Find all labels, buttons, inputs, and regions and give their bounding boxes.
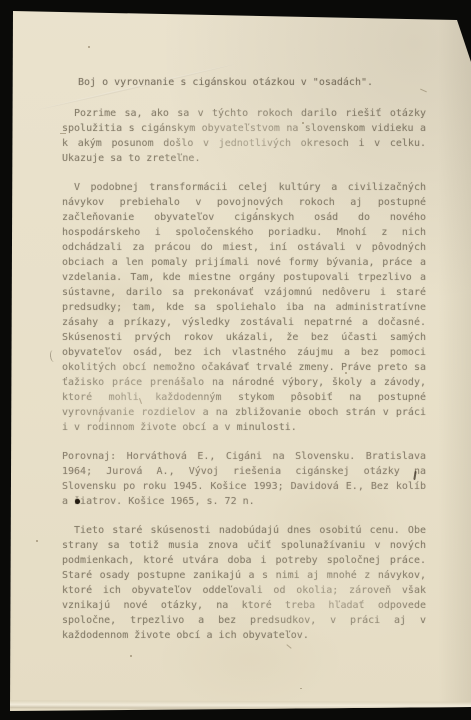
margin-mark xyxy=(49,350,57,363)
page-heading-line: Boj o vyrovnanie s cigánskou otázkou v "… xyxy=(62,75,426,90)
paper-speck xyxy=(345,372,347,374)
paper-speck xyxy=(36,540,38,542)
scanned-page: Boj o vyrovnanie s cigánskou otázkou v "… xyxy=(0,0,471,720)
paper-speck xyxy=(130,655,132,657)
typewritten-paragraph: Pozrime sa, ako sa v týchto rokoch daril… xyxy=(62,106,426,166)
scanner-background: { "colors": { "scanner_background": "#0a… xyxy=(0,0,471,720)
typewritten-text-block: Boj o vyrovnanie s cigánskou otázkou v "… xyxy=(62,75,426,657)
paper-speck xyxy=(256,208,258,210)
paper-speck xyxy=(88,46,90,48)
paper-speck xyxy=(300,688,302,689)
paper-fiber xyxy=(60,133,66,134)
paper-edge-highlight xyxy=(10,700,471,710)
paper-speck xyxy=(398,128,400,129)
ink-spot xyxy=(75,499,80,504)
typewritten-paragraph: V podobnej transformácii celej kultúry a… xyxy=(62,180,426,435)
typewritten-paragraph: Tieto staré skúsenosti nadobúdajú dnes o… xyxy=(62,523,426,643)
citation-paragraph: Porovnaj: Horváthová E., Cigáni na Slove… xyxy=(62,449,426,509)
paper-speck xyxy=(302,122,304,124)
